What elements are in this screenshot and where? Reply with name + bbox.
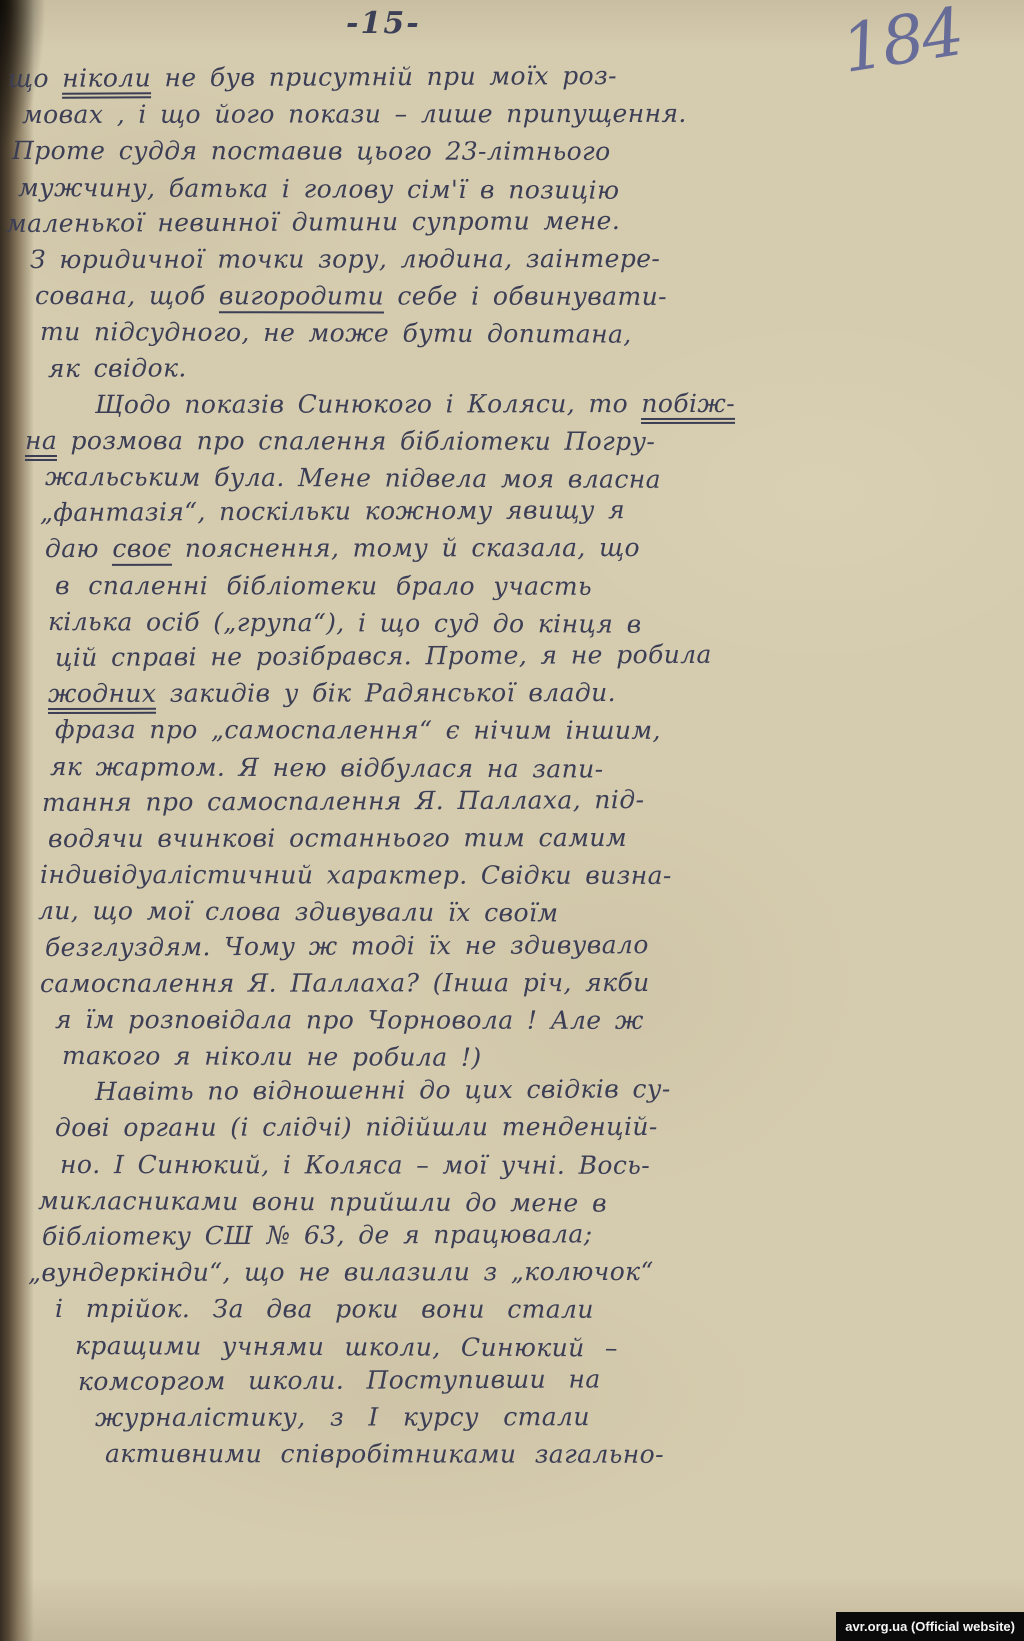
handwritten-line: водячи вчинкові останнього тим самим [48, 822, 1020, 860]
text-segment: кілька осіб („група“), і що суд до кінця… [48, 607, 642, 639]
text-segment: самоспалення Я. Паллаха? (Інша річ, якби [40, 968, 650, 998]
handwritten-line: комсоргом школи. Поступивши на [78, 1362, 1020, 1403]
handwritten-line: „вундеркінди“, що не вилазили з „колючок… [28, 1256, 1020, 1294]
text-segment: такого я ніколи не робила !) [62, 1041, 482, 1072]
text-segment: як жартом. Я нею відбулася на запи- [50, 752, 604, 784]
text-segment: Щодо показів Синюкого і Коляси, то [95, 389, 641, 419]
underlined-word: вигородити [219, 281, 384, 313]
underlined-word: ніколи [62, 63, 151, 98]
handwritten-line: тання про самоспалення Я. Паллаха, під- [42, 783, 1020, 824]
text-segment: себе і обвинувати- [384, 282, 667, 311]
text-segment: розмова про спалення бібліотеки Погру- [57, 426, 655, 456]
text-segment: що [8, 64, 62, 93]
text-segment: закидів у бік Радянської влади. [156, 678, 616, 708]
handwritten-line: жодних закидів у бік Радянської влади. [48, 677, 1020, 715]
text-segment: ти підсудного, не може бути допитана, [40, 317, 632, 349]
text-segment: жальським була. Мене підвела моя власна [45, 462, 661, 494]
text-segment: не був присутній при моїх роз- [151, 61, 617, 92]
text-segment: комсоргом школи. Поступивши на [78, 1364, 601, 1396]
handwritten-line: даю своє пояснення, тому й сказала, що [45, 533, 1020, 571]
text-segment: дові органи (і слідчі) підійшли тенденці… [55, 1112, 658, 1142]
handwritten-line: як свідок. [48, 349, 1020, 390]
handwritten-line: дові органи (і слідчі) підійшли тенденці… [55, 1112, 1020, 1150]
handwritten-line: маленької невинної дитини супроти мене. [6, 204, 1020, 245]
handwritten-line: бібліотеку СШ № 63, де я працювала; [42, 1217, 1020, 1258]
text-segment: З юридичної точки зору, людина, заінтере… [30, 244, 660, 274]
watermark-label: avr.org.ua (Official website) [836, 1612, 1024, 1641]
handwritten-line: но. І Синюкий, і Коляса – мої учні. Вось… [60, 1150, 1020, 1188]
text-segment: бібліотеку СШ № 63, де я працювала; [42, 1219, 593, 1251]
handwritten-line: З юридичної точки зору, людина, заінтере… [30, 243, 1020, 281]
text-segment: мовах , і що його покази – лише припущен… [22, 99, 687, 129]
handwritten-line: в спаленні бібліотеки брало участь [55, 571, 1020, 609]
text-segment: активними співробітниками загально- [105, 1439, 664, 1469]
scanned-manuscript-page: -15- 184 що ніколи не був присутній при … [0, 0, 1024, 1641]
handwritten-line: і трійок. За два роки вони стали [55, 1294, 1020, 1332]
text-segment: тання про самоспалення Я. Паллаха, під- [42, 785, 645, 817]
handwritten-line: Навіть по відношенні до цих свідків су- [95, 1073, 1020, 1114]
handwritten-line: Проте суддя поставив цього 23-літнього [12, 136, 1020, 174]
text-segment: пояснення, тому й сказала, що [171, 533, 640, 563]
handwritten-line: журналістику, з І курсу стали [95, 1401, 1020, 1439]
text-segment: водячи вчинкові останнього тим самим [48, 823, 627, 853]
handwritten-line: я їм розповідала про Чорновола ! Але ж [55, 1005, 1020, 1043]
text-segment: індивідуалістичний характер. Свідки визн… [40, 860, 672, 890]
text-segment: мужчину, батька і голову сім'ї в позицію [18, 173, 620, 205]
text-segment: „вундеркінди“, що не вилазили з „колючок… [28, 1257, 654, 1287]
handwritten-line: „фантазія“, поскільки кожному явищу я [40, 493, 1020, 534]
text-segment: цій справі не розібрався. Проте, я не ро… [55, 640, 712, 672]
text-segment: фраза про „самоспалення“ є нічим іншим, [55, 715, 661, 745]
handwritten-line: цій справі не розібрався. Проте, я не ро… [55, 638, 1020, 679]
text-segment: і трійок. За два роки вони стали [55, 1294, 594, 1324]
handwritten-line: безглуздям. Чому ж тоді їх не здивувало [45, 928, 1020, 969]
handwritten-line: Щодо показів Синюкого і Коляси, то побіж… [95, 388, 1020, 426]
text-segment: ли, що мої слова здивували їх своїм [38, 896, 559, 927]
text-segment: микласниками вони прийшли до мене в [38, 1186, 607, 1218]
text-segment: в спаленні бібліотеки брало участь [55, 571, 592, 601]
text-segment: даю [45, 534, 112, 563]
handwritten-line: активними співробітниками загально- [105, 1439, 1020, 1476]
text-segment: Проте суддя поставив цього 23-літнього [12, 136, 611, 166]
handwritten-text-block: що ніколи не був присутній при моїх роз-… [0, 64, 1020, 1475]
handwritten-line: мовах , і що його покази – лише припущен… [22, 98, 1020, 136]
handwritten-line: що ніколи не був присутній при моїх роз- [8, 59, 1020, 100]
underlined-word: на [25, 426, 57, 461]
text-segment: но. І Синюкий, і Коляса – мої учні. Вось… [60, 1150, 650, 1180]
handwritten-line: на розмова про спалення бібліотеки Погру… [25, 426, 1020, 464]
handwritten-line: сована, щоб вигородити себе і обвинувати… [35, 281, 1020, 319]
text-segment: як свідок. [48, 353, 187, 383]
underlined-word: жодних [48, 679, 156, 714]
handwritten-line: індивідуалістичний характер. Свідки визн… [40, 860, 1020, 898]
handwritten-line: самоспалення Я. Паллаха? (Інша річ, якби [40, 967, 1020, 1005]
handwritten-line: фраза про „самоспалення“ є нічим іншим, [55, 715, 1020, 753]
text-segment: безглуздям. Чому ж тоді їх не здивувало [45, 930, 649, 962]
text-segment: Навіть по відношенні до цих свідків су- [95, 1074, 671, 1106]
text-segment: журналістику, з І курсу стали [95, 1402, 590, 1432]
text-segment: кращими учнями школи, Синюкий – [75, 1331, 618, 1362]
text-segment: я їм розповідала про Чорновола ! Але ж [55, 1005, 644, 1035]
underlined-word: побіж- [641, 389, 735, 424]
text-segment: маленької невинної дитини супроти мене. [6, 206, 620, 238]
text-segment: „фантазія“, поскільки кожному явищу я [40, 495, 625, 527]
underlined-word: своє [112, 534, 171, 566]
page-header-number: -15- [346, 6, 421, 41]
text-segment: сована, щоб [35, 281, 219, 310]
